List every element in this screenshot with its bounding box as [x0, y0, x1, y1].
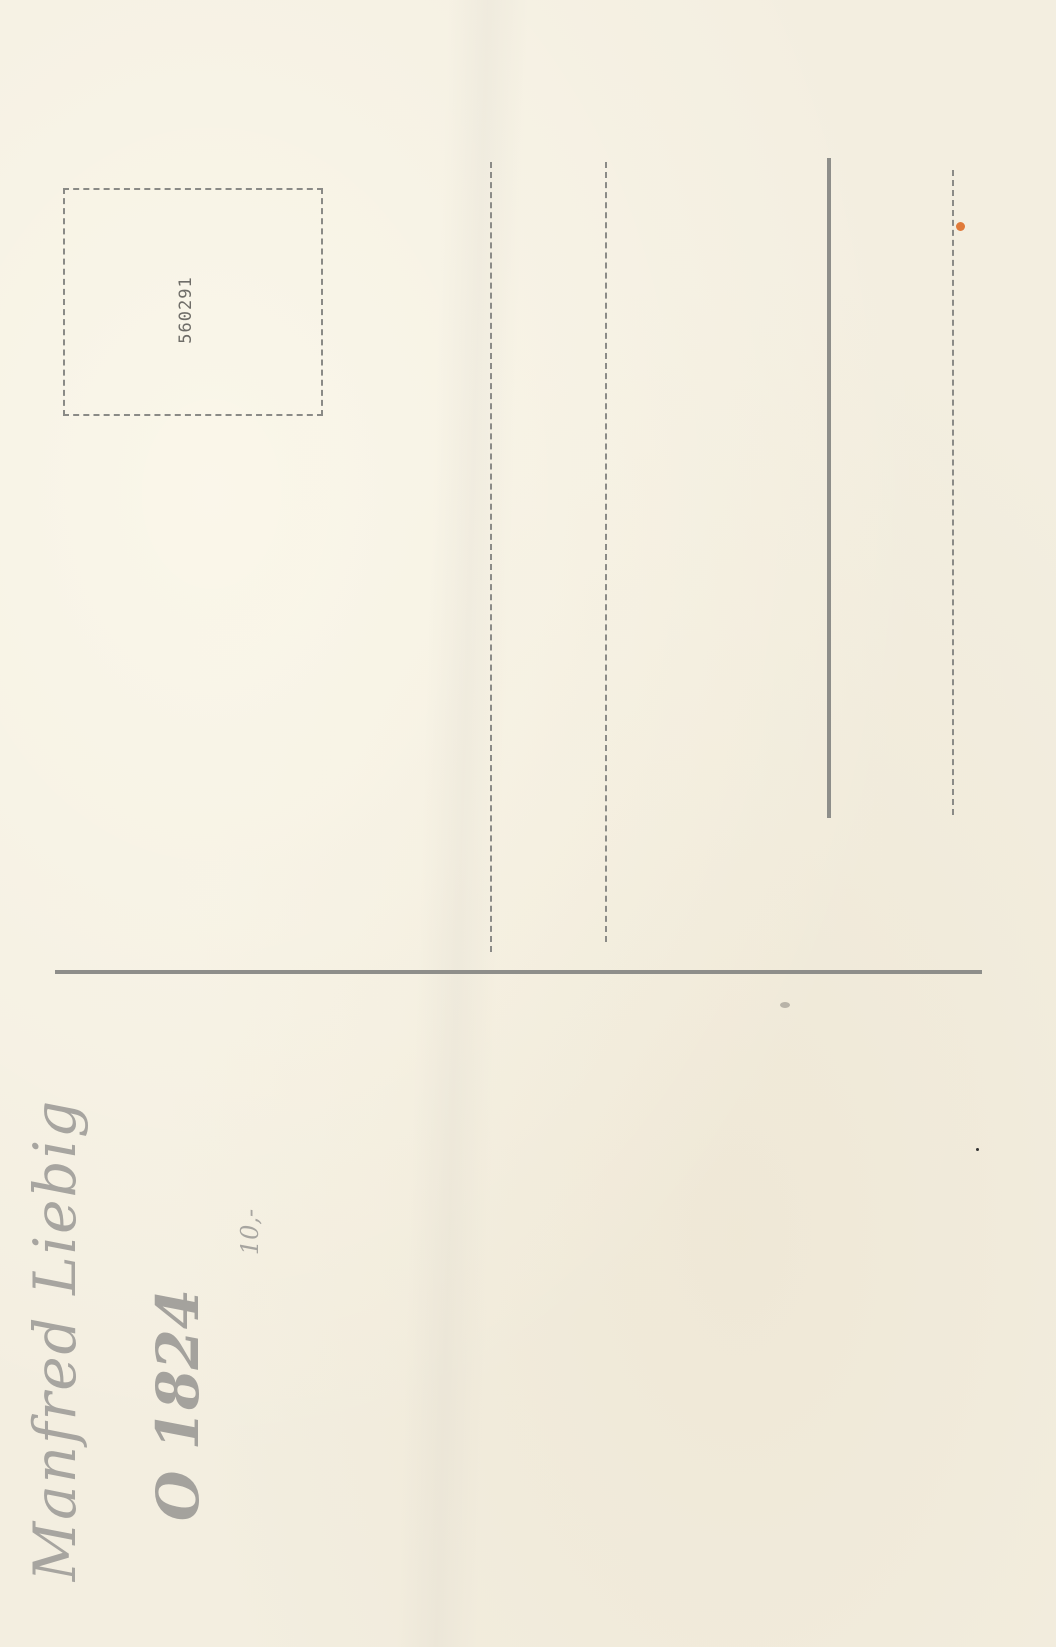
paper-blemish	[780, 1002, 790, 1008]
handwritten-name: Manfred Liebig	[21, 1099, 89, 1582]
address-divider-dashed-2	[605, 162, 607, 942]
handwritten-price: 10,-	[236, 1209, 264, 1255]
horizontal-divider	[55, 970, 982, 974]
address-line-dashed	[952, 170, 954, 815]
orange-stain	[956, 222, 965, 231]
handwritten-code: O 1824	[144, 1289, 212, 1521]
ink-dot	[976, 1148, 979, 1151]
stamp-box-number: 560291	[176, 276, 196, 343]
address-line-solid	[827, 158, 831, 818]
address-divider-dashed-1	[490, 162, 492, 952]
paper-crease	[396, 0, 528, 1647]
